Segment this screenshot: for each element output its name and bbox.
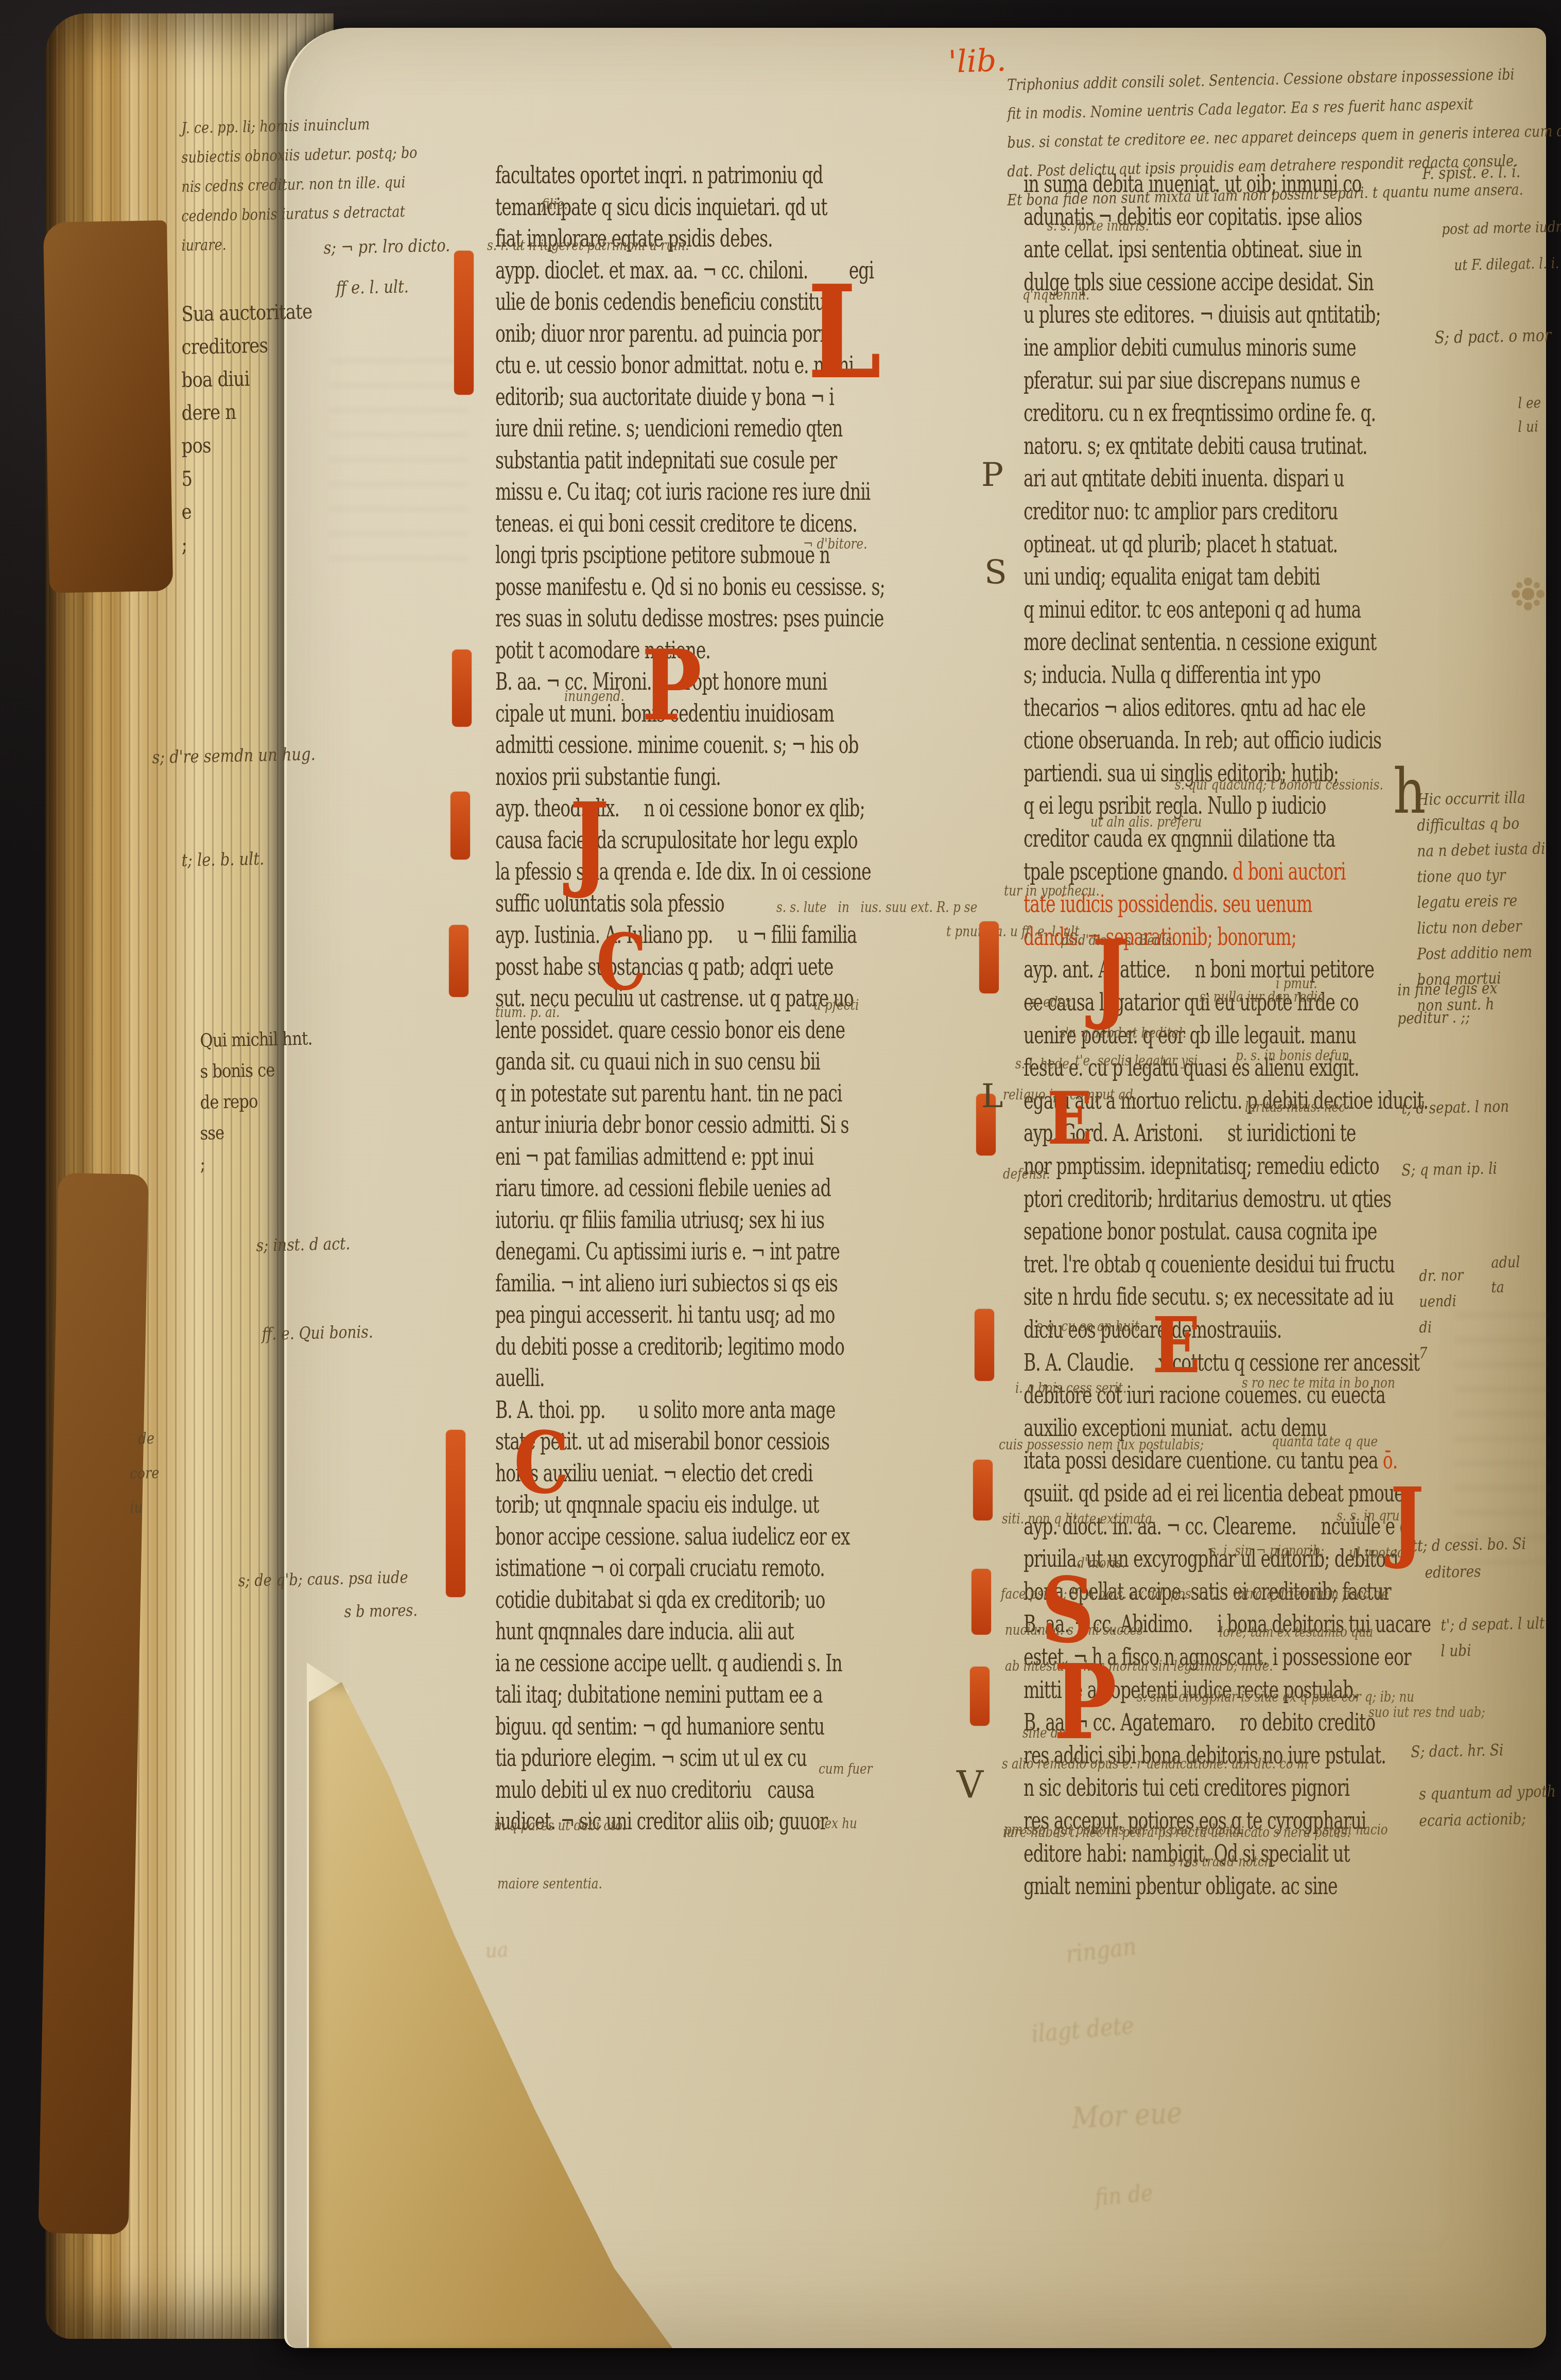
gloss-line: uendi [1419, 1292, 1456, 1311]
text-line: substantia patit indepnitati sue cosule … [495, 446, 837, 474]
margin-letter: L [981, 1083, 1003, 1110]
text-line: ptori creditorib; hrditarius demostru. u… [1024, 1185, 1391, 1213]
initial-letter: J [569, 801, 610, 881]
text-line: uni undiq; equalita enigat tam debiti [1024, 563, 1320, 590]
margin-note: iu [130, 1498, 143, 1517]
text-line: onib; diuor nror parentu. ad puincia por… [495, 320, 837, 347]
margin-note: s b mores. [344, 1600, 418, 1621]
margin-note: s; ¬ pr. lro dicto. [323, 235, 450, 258]
interlinear-gloss: s. r. ut n iugeret patrimoni u ruin. [487, 238, 689, 254]
text-line: thecarios ¬ alios editores. qntu ad hac … [1024, 694, 1365, 722]
gloss-line: e [181, 500, 192, 524]
text-line: gnialt nemini pbentur obligate. ac sine [1024, 1872, 1337, 1900]
text-line: iure dnii retine. s; uendicioni remedio … [495, 414, 842, 442]
text-line: ia ne cessione accipe uellt. q audiendi … [495, 1649, 842, 1677]
text-line: site n hrdu fide secutu. s; ex necessita… [1024, 1283, 1394, 1310]
gloss-line: bus. si constat te creditore ee. nec app… [1007, 121, 1561, 152]
margin-letter: V [957, 1771, 983, 1800]
initial-letter: P [641, 647, 702, 724]
initial-letter: P [1053, 1662, 1117, 1743]
margin-note: de [138, 1429, 154, 1448]
red-paragraph-bar [452, 650, 472, 727]
gloss-line: nis cedns creditur. non tn ille. qui [181, 173, 406, 196]
red-paragraph-bar [449, 925, 469, 997]
gloss-line: ecaria actionib; [1419, 1810, 1526, 1830]
margin-note: ut F. dilegat. l. i. . [1454, 254, 1561, 274]
initial-letter: E [1152, 1316, 1201, 1376]
gloss-line: adul [1491, 1253, 1520, 1272]
interlinear-gloss: i pmui. [1276, 976, 1317, 992]
text-line: causa facienda scrupulositate hor legu e… [495, 826, 858, 854]
red-paragraph-bar [454, 251, 474, 395]
initial-letter: L [807, 282, 881, 382]
gloss-line: ; [181, 533, 187, 557]
text-line: creditoru. cu n ex freqntissimo ordine f… [1024, 399, 1376, 427]
gloss-line: sse [200, 1123, 224, 1144]
red-paragraph-bar [450, 792, 470, 860]
margin-letter: P [981, 462, 1003, 488]
interlinear-gloss: q'nquennii. [1022, 287, 1089, 303]
interlinear-gloss: t'e. seclis legatar ysi. [1075, 1053, 1202, 1069]
gloss-line: tt; d cessi. bo. Si [1412, 1534, 1526, 1555]
gloss-line: peditur . ;; [1397, 1008, 1470, 1028]
margin-note: ff. e. Qui bonis. [262, 1321, 373, 1344]
text-line: mulo debiti ul ex nuo creditoriu causa [495, 1776, 814, 1804]
gloss-line: Hic occurrit illa [1417, 789, 1525, 809]
red-paragraph-bar [970, 1667, 990, 1726]
gloss-line: l ubi [1441, 1641, 1471, 1660]
interlinear-gloss: filie. [542, 197, 568, 213]
interlinear-gloss: s alio remedio opus e. r uendicatione. u… [1002, 1756, 1308, 1772]
gloss-line: boa diui [181, 367, 250, 392]
interlinear-gloss: s. edox. [1030, 994, 1076, 1010]
text-line: posse manifestu e. Qd si no bonis eu ces… [495, 573, 884, 601]
interlinear-gloss: in q pares ut debi oto. [494, 1818, 626, 1834]
margin-note: t; le. b. ult. [181, 849, 265, 871]
text-line: facultates oportet inqri. n patrimoniu q… [495, 161, 823, 189]
gloss-line: Triphonius addit consili solet. Sentenci… [1007, 65, 1515, 94]
gloss-line: Sua auctoritate [181, 300, 313, 326]
text-line: creditor nuo: tc amplior pars creditoru [1024, 497, 1338, 525]
gloss-line: Qui michil hnt. [200, 1028, 313, 1052]
margin-note: S; q man ip. li [1401, 1159, 1497, 1180]
gloss-line: dere n [181, 400, 236, 425]
gloss-line: de repo [200, 1091, 258, 1113]
gloss-line: difficultas q bo [1417, 814, 1519, 835]
margin-note: S; dact. hr. Si [1411, 1741, 1504, 1761]
text-line: tali itaq; dubitatione nemini puttam ee … [495, 1681, 822, 1708]
interlinear-gloss: s. sine cirogphar is siue ex q pote cor … [1137, 1689, 1414, 1705]
text-line: ayp. Iustinia. A. Iuliano pp. u ¬ filii … [495, 921, 857, 949]
margin-note: F. spist. e. l. i. [1422, 162, 1521, 183]
text-line: editorib; sua auctoritate diuide y bona … [495, 383, 834, 411]
interlinear-gloss: cum fuer [819, 1761, 873, 1777]
text-line: tpale psceptione gnando. d boni auctori [1024, 857, 1346, 885]
margin-note: l ee [1518, 394, 1541, 412]
interlinear-gloss: iure habes t. nec in petra ps rectu uend… [1003, 1825, 1350, 1841]
text-line: pea pingui accesserit. hi tantu usq; ad … [495, 1301, 835, 1328]
text-line: du debiti posse a creditorib; legitimo m… [495, 1333, 844, 1360]
rosette-doodle-icon [1522, 588, 1534, 600]
interlinear-gloss: t pnuncia. u ff. e. l. ult [946, 924, 1079, 940]
text-line: n sic debitoris tui ceti creditores pign… [1024, 1774, 1349, 1801]
interlinear-gloss: s q. cu eo an huit. [1036, 1319, 1143, 1335]
margin-note: s; inst. d act. [256, 1233, 351, 1255]
interlinear-gloss: s. qui quacunq; t bonoru cessionis. [1175, 777, 1383, 793]
interlinear-gloss: face psit. i; S. A bois. ex dd. pos. l. … [1001, 1586, 1218, 1602]
faded-scribble: Mor eue [1071, 2096, 1183, 2135]
faded-scribble: ua [484, 1937, 509, 1963]
interlinear-gloss: tur in ypothecu. [1004, 883, 1100, 899]
text-line: auelli. [495, 1364, 544, 1392]
faded-scribble: ringan [1064, 1932, 1138, 1968]
margin-note: post ad morte iudm [1442, 218, 1561, 238]
red-paragraph-bar [446, 1430, 465, 1597]
gloss-line: na n debet iusta di [1417, 839, 1546, 861]
red-paragraph-bar [975, 1309, 994, 1381]
interlinear-gloss: s. l. hede. [1015, 1056, 1073, 1072]
interlinear-gloss: t ex hu [816, 1816, 857, 1832]
faded-scribble: fin de [1094, 2180, 1154, 2211]
margin-note: s; d're semdn un hug. [152, 744, 316, 768]
gloss-line: iurare. [181, 236, 227, 255]
initial-letter: h [1393, 768, 1426, 816]
interlinear-gloss: ut aln alis. preferu [1090, 814, 1202, 830]
red-paragraph-bar [972, 1569, 991, 1635]
text-line: B. A. Claudie. x cottctu q cessione rer … [1024, 1349, 1419, 1376]
gloss-line: dr. nor [1419, 1266, 1464, 1285]
text-line: ulie de bonis cedendis beneficiu constit… [495, 288, 837, 316]
interlinear-gloss: quanta tate q que [1272, 1434, 1378, 1450]
gloss-line: pos [181, 434, 211, 458]
text-line: suffic uoluntatis sola pfessio [495, 889, 724, 917]
margin-note: core [130, 1464, 160, 1483]
gloss-line: creditores [181, 334, 268, 359]
gloss-line: lictu non deber [1417, 917, 1522, 938]
gloss-line: s quantum ad ypoth [1419, 1782, 1556, 1804]
interlinear-gloss: tium. p. ai. [495, 1005, 560, 1021]
interlinear-gloss: s. s. lute in ius. suu ext. R. p se [776, 900, 977, 916]
interlinear-gloss: p. s. in bonis defun [1236, 1048, 1349, 1064]
interlinear-gloss: lore; tam ex testamto qua [1219, 1624, 1373, 1640]
interlinear-gloss: s res tradd notch. [1170, 1854, 1276, 1870]
text-line: ayp. ant. A. attice. n boni mortui petit… [1024, 955, 1374, 983]
gloss-line: ; [200, 1154, 205, 1175]
text-line: pferatur. sui par siue discrepans numus … [1024, 366, 1360, 394]
margin-note: l ui [1518, 417, 1538, 435]
margin-note: ff e. l. ult. [336, 276, 409, 299]
gloss-line: t'; d sepat. l ult [1441, 1614, 1545, 1635]
text-line: natoru. s; ex qntitate debiti causa trut… [1024, 432, 1367, 460]
text-line: tia pduriore elegim. ¬ scim ut ul ex cu [495, 1744, 807, 1772]
text-line: la pfessio sola qrenda e. Ide dix. In oi… [495, 857, 871, 885]
text-line: ante cellat. ipsi sententia obtineat. si… [1024, 235, 1362, 263]
text-line: ayp. theod. dix. n oi cessione bonor ex … [495, 794, 865, 822]
text-line: ari aut qntitate debiti inuenta. dispari… [1024, 464, 1344, 492]
text-line: posst habe substancias q patb; adqri uet… [495, 953, 833, 981]
interlinear-gloss: s. i. sin ¬ pignorib; [1210, 1543, 1324, 1559]
interlinear-gloss: u pfecti [813, 997, 859, 1013]
interlinear-gloss: s. s. forte iniuris. [1047, 218, 1149, 234]
interlinear-gloss: intra q'driennium fisco de [1234, 1586, 1389, 1602]
text-line: bonor accipe cessione. salua iudelicz eo… [495, 1522, 849, 1550]
text-line: istimatione ¬ oi corpali cruciatu remoto… [495, 1554, 825, 1582]
interlinear-gloss: laritas intus. nec [1245, 1099, 1345, 1115]
initial-letter: S [1041, 1576, 1095, 1647]
gloss-line: subiectis obnoxiis udetur. postq; bo [181, 144, 418, 167]
text-line: cotidie dubitabat si qda ex creditorib; … [495, 1586, 825, 1614]
text-line: biguu. qd sentim: ¬ qd humaniore sentu [495, 1712, 824, 1740]
text-line: in suma debita inueniat. ut oib; inmuni … [1024, 170, 1361, 198]
interlinear-gloss: siti. non q litate extimata. [1002, 1511, 1156, 1527]
gloss-line: di [1419, 1318, 1432, 1337]
gloss-line: fit in modis. Nomine uentris Cada legato… [1007, 95, 1473, 123]
text-line: familia. ¬ int alieno iuri subiectos si … [495, 1269, 838, 1297]
text-line: u plures ste editores. ¬ diuisis aut qnt… [1024, 301, 1381, 328]
text-line: ctu e. ut cessio bonor admittat. notu e.… [495, 351, 854, 379]
text-line: qsuiit. qd pside ad ei rei licentia debe… [1024, 1479, 1409, 1507]
text-line: missu e. Cu itaq; cot iuris racione res … [495, 478, 870, 505]
gloss-line: cedendo bonis iuratus s detractat [181, 203, 405, 225]
interlinear-gloss: s ro nec te mita in bo non [1242, 1375, 1395, 1391]
text-line: denegami. Cu aptissimi iuris e. ¬ int pa… [495, 1237, 840, 1265]
text-layer: 'lib. Triphonius addit consili solet. Se… [0, 0, 1561, 2380]
text-line: optineat. ut qd plurib; placet h statuat… [1024, 530, 1338, 558]
interlinear-gloss: defensi. [1003, 1166, 1050, 1182]
text-line: q in potestate sut parentu hant. tin ne … [495, 1079, 842, 1107]
gloss-line: 5 [181, 467, 193, 491]
initial-letter: E [1047, 1091, 1092, 1147]
interlinear-gloss: ¬ d'bitore. [803, 536, 867, 552]
faded-scribble: ilagt dete [1030, 2011, 1135, 2047]
interlinear-gloss: suo iut res tnd uab; [1368, 1705, 1485, 1721]
gloss-line: legatu ereis re [1417, 891, 1518, 912]
red-paragraph-bar [979, 921, 999, 993]
text-line: ine amplior debiti cumulus minoris sume [1024, 334, 1356, 361]
text-line: eni ¬ pat familias admittend e: ppt inui [495, 1143, 813, 1170]
initial-letter: C [596, 933, 647, 993]
gloss-line: ta [1491, 1278, 1504, 1297]
text-line: q minui editor. tc eos anteponi q ad hum… [1024, 596, 1361, 623]
gloss-line: J. ce. pp. li; homis inuinclum [181, 115, 370, 137]
gloss-line: 7 [1419, 1344, 1428, 1362]
text-line: ctione obseruanda. In reb; aut officio i… [1024, 726, 1381, 754]
text-line: ganda sit. cu quaui nich in suo censu bi… [495, 1047, 820, 1075]
text-line: more declinat sententia. n cessione exig… [1024, 628, 1376, 656]
gloss-line: tione quo tyr [1417, 866, 1506, 886]
text-line: sepatione bonor postulat. causa cognita … [1024, 1217, 1377, 1245]
text-line: tret. l're obtab q coueniente desidui tu… [1024, 1250, 1395, 1278]
interlinear-gloss: inungend. [564, 689, 625, 705]
initial-letter: J [1091, 938, 1130, 1014]
margin-note: s; de q'b; caus. psa iude [238, 1567, 408, 1590]
margin-note: S; d pact. o mor [1434, 325, 1551, 347]
text-line: riaru timore. ad cessioni flebile uenies… [495, 1174, 831, 1202]
gloss-line: s bonis ce [200, 1060, 275, 1082]
gloss-line: Post additio nem [1417, 942, 1532, 964]
text-line: longi tpris psciptione petitore submoue … [495, 541, 830, 569]
folio-mark: 'lib. [948, 42, 1007, 80]
initial-letter: J [1390, 1486, 1424, 1555]
text-line: s; inducia. Nulla q differentia int ypo [1024, 661, 1321, 689]
text-line: hunt qnqnnales dare inducia. alii aut [495, 1617, 793, 1645]
margin-note: t; d sepat. l non [1401, 1097, 1509, 1118]
interlinear-gloss: i. q bois cess serit. [1015, 1380, 1126, 1396]
red-paragraph-bar [973, 1460, 993, 1520]
manuscript-photo: 'lib. Triphonius addit consili solet. Se… [0, 0, 1561, 2380]
interlinear-gloss: cuis possessio nem iux postulabis; [999, 1437, 1204, 1453]
text-line: antur iniuria debr bonor cessio admitti.… [495, 1111, 848, 1139]
interlinear-gloss: maiore sententia. [497, 1876, 602, 1892]
gloss-line: in fine legis ex [1397, 979, 1498, 1000]
text-line: teneas. ei qui boni cessit creditore te … [495, 510, 857, 537]
margin-letter: S [984, 560, 1007, 586]
text-line: iutoriu. qr filiis familia utriusq; sex … [495, 1206, 824, 1234]
initial-letter: C [514, 1430, 569, 1496]
